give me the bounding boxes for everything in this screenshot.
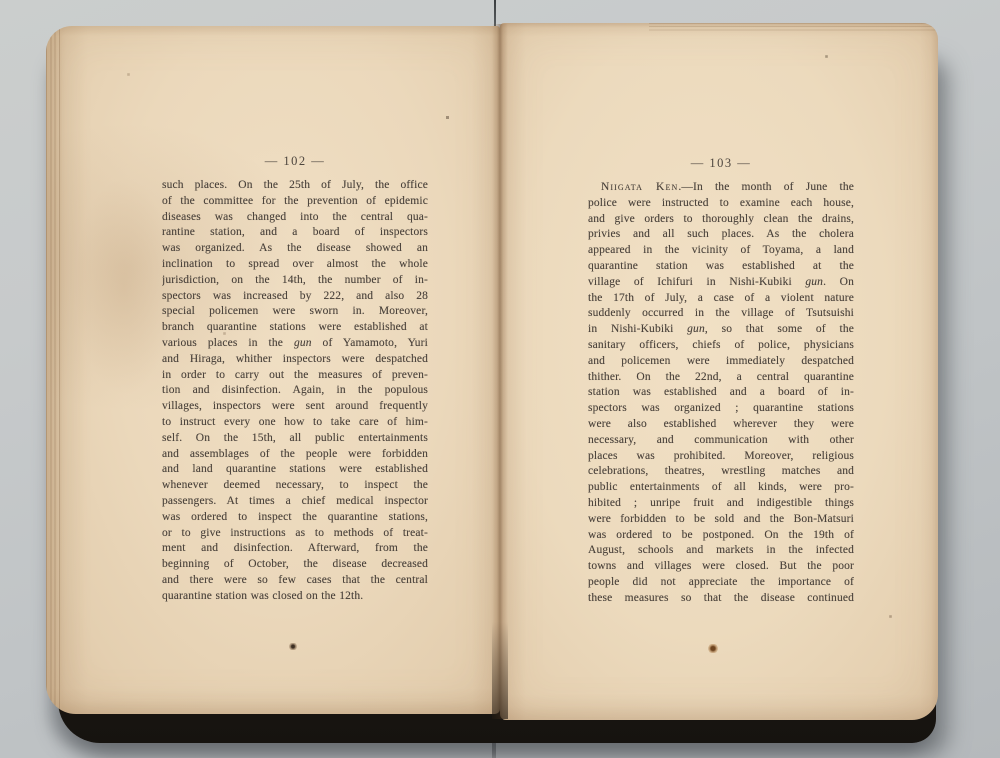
spine-gutter [492, 24, 508, 719]
text-line: hibited ; unripe fruit and indigestible … [588, 496, 854, 512]
text-line: villages, inspectors were sent around fr… [162, 399, 428, 415]
text-line: people did not appreciate the importance… [588, 575, 854, 591]
text-line: was ordered to be postponed. On the 19th… [588, 528, 854, 544]
text-line: branch quarantine stations were establis… [162, 320, 428, 336]
text-line: diseases was changed into the central qu… [162, 210, 428, 226]
text-line: quarantine station was established at th… [588, 259, 854, 275]
page-right: — 103 — Niigata Ken.—In the month of Jun… [500, 23, 938, 720]
text-line: necessary, and communication with other [588, 433, 854, 449]
text-line: appeared in the vicinity of Toyama, a la… [588, 243, 854, 259]
text-line: August, schools and markets in the infec… [588, 543, 854, 559]
brown-stain-spot [708, 644, 718, 653]
text-line: self. On the 15th, all public entertainm… [162, 431, 428, 447]
page-right-content: — 103 — Niigata Ken.—In the month of Jun… [588, 156, 854, 607]
text-block-right: Niigata Ken.—In the month of June thepol… [588, 180, 854, 607]
text-line: such places. On the 25th of July, the of… [162, 178, 428, 194]
text-line: village of Ichifuri in Nishi-Kubiki gun.… [588, 275, 854, 291]
text-line: whenever deemed necessary, to inspect th… [162, 478, 428, 494]
text-line: towns and villages were closed. But the … [588, 559, 854, 575]
photo-background: — 102 — such places. On the 25th of July… [0, 0, 1000, 758]
text-line: and give orders to thoroughly clean the … [588, 212, 854, 228]
text-line: in Nishi-Kubiki gun, so that some of the [588, 322, 854, 338]
book-stand-rod-top [494, 0, 496, 27]
book-stand-rod-bottom [492, 741, 496, 758]
text-line: tion and disinfection. Again, in the pop… [162, 383, 428, 399]
text-line: places was prohibited. Moreover, religio… [588, 449, 854, 465]
text-line: public entertainments of all kinds, were… [588, 480, 854, 496]
text-block-left: such places. On the 25th of July, the of… [162, 178, 428, 605]
text-line: station was established and a board of i… [588, 385, 854, 401]
text-line: was organized. As the disease showed an [162, 241, 428, 257]
text-line: beginning of October, the disease decrea… [162, 557, 428, 573]
text-line: privies and all such places. As the chol… [588, 227, 854, 243]
page-left: — 102 — such places. On the 25th of July… [46, 26, 500, 714]
dust-specks [0, 0, 1, 1]
text-line: the 17th of July, a case of a violent na… [588, 291, 854, 307]
text-line: spectors was increased by 222, and also … [162, 289, 428, 305]
text-line: or to give instructions as to methods of… [162, 526, 428, 542]
page-top-edge-stack [649, 23, 936, 31]
text-line: Niigata Ken.—In the month of June the [588, 180, 854, 196]
text-line: inclination to spread over almost the wh… [162, 257, 428, 273]
text-line: these measures so that the disease conti… [588, 591, 854, 607]
text-line: and assemblages of the people were forbi… [162, 447, 428, 463]
ink-spot [289, 643, 297, 650]
page-left-content: — 102 — such places. On the 25th of July… [162, 154, 428, 605]
text-line: and policemen were immediately despatche… [588, 354, 854, 370]
text-line: were also established wherever they were [588, 417, 854, 433]
text-line: various places in the gun of Yamamoto, Y… [162, 336, 428, 352]
text-line: in order to carry out the measures of pr… [162, 368, 428, 384]
page-number-left: — 102 — [162, 154, 428, 169]
text-line: jurisdiction, on the 14th, the number of… [162, 273, 428, 289]
text-line: spectors was organized ; quarantine stat… [588, 401, 854, 417]
page-number-right: — 103 — [588, 156, 854, 171]
text-line: and land quarantine stations were establ… [162, 462, 428, 478]
text-line: passengers. At times a chief medical ins… [162, 494, 428, 510]
text-line: thither. On the 22nd, a central quaranti… [588, 370, 854, 386]
text-line: rantine station, and a board of inspecto… [162, 225, 428, 241]
text-line: to instruct every one how to take care o… [162, 415, 428, 431]
text-line: and there were so few cases that the cen… [162, 573, 428, 589]
text-line: suddenly occurred in the village of Tsut… [588, 306, 854, 322]
text-line: sanitary officers, chiefs of police, phy… [588, 338, 854, 354]
text-line: celebrations, theatres, wrestling matche… [588, 464, 854, 480]
page-edge-stack [46, 26, 63, 714]
text-line: special policemen were sworn in. Moreove… [162, 304, 428, 320]
foxing-stain [74, 176, 174, 396]
text-line: police were instructed to examine each h… [588, 196, 854, 212]
text-line: was ordered to inspect the quarantine st… [162, 510, 428, 526]
text-line: were forbidden to be sold and the Bon-Ma… [588, 512, 854, 528]
text-line: and Hiraga, whither inspectors were desp… [162, 352, 428, 368]
text-line: of the committee for the prevention of e… [162, 194, 428, 210]
text-line: ment and disinfection. Afterward, from t… [162, 541, 428, 557]
text-line: quarantine station was closed on the 12t… [162, 589, 428, 605]
